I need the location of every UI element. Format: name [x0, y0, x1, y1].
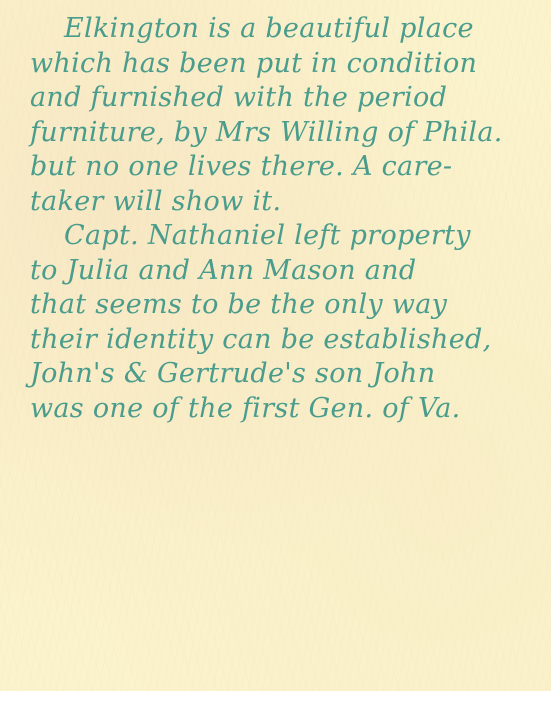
text-line: taker will show it. [30, 185, 535, 220]
text-line: that seems to be the only way [30, 288, 535, 323]
paper-page: Elkington is a beautiful place which has… [0, 0, 551, 691]
handwritten-text: Elkington is a beautiful place which has… [30, 12, 535, 426]
text-line: John's & Gertrude's son John [30, 357, 535, 392]
text-line: was one of the first Gen. of Va. [30, 392, 535, 427]
text-line: Capt. Nathaniel left property [30, 219, 535, 254]
text-line: their identity can be established, [30, 323, 535, 358]
text-line: Elkington is a beautiful place [30, 12, 535, 47]
text-line: which has been put in condition [30, 47, 535, 82]
text-line: to Julia and Ann Mason and [30, 254, 535, 289]
text-line: but no one lives there. A care- [30, 150, 535, 185]
text-line: furniture, by Mrs Willing of Phila. [30, 116, 535, 151]
text-line: and furnished with the period [30, 81, 535, 116]
